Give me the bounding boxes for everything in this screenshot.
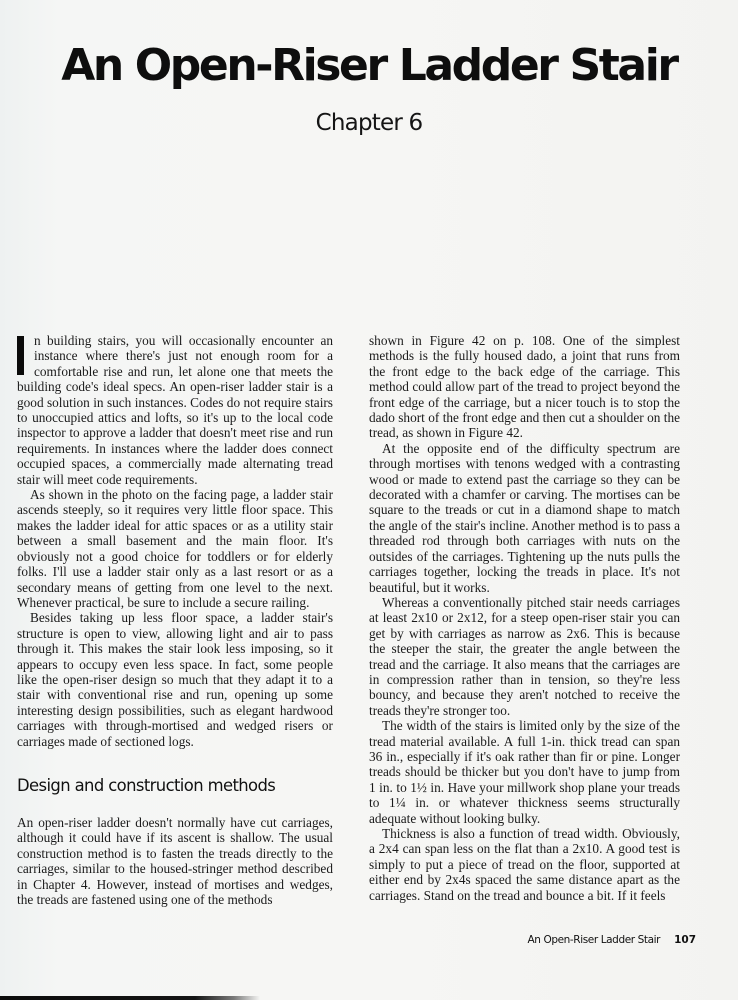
paragraph-text: n building stairs, you will occasionally… bbox=[17, 333, 333, 487]
page-footer: An Open-Riser Ladder Stair107 bbox=[527, 934, 696, 946]
paragraph: shown in Figure 42 on p. 108. One of the… bbox=[369, 333, 680, 441]
running-title: An Open-Riser Ladder Stair bbox=[527, 934, 660, 946]
paragraph: Whereas a conventionally pitched stair n… bbox=[369, 595, 680, 718]
scan-edge-shadow bbox=[0, 996, 260, 1000]
paragraph: As shown in the photo on the facing page… bbox=[17, 487, 333, 610]
section-heading: Design and construction methods bbox=[17, 776, 333, 796]
page-number: 107 bbox=[674, 934, 696, 946]
paragraph: An open-riser ladder doesn't normally ha… bbox=[17, 815, 333, 907]
paragraph: Besides taking up less floor space, a la… bbox=[17, 610, 333, 749]
text-column-right: shown in Figure 42 on p. 108. One of the… bbox=[369, 333, 680, 903]
dropcap-letter-i bbox=[17, 336, 24, 375]
book-page: An Open-Riser Ladder Stair Chapter 6 n b… bbox=[0, 0, 738, 1000]
paragraph: The width of the stairs is limited only … bbox=[369, 718, 680, 826]
paragraph-intro: n building stairs, you will occasionally… bbox=[17, 333, 333, 487]
paragraph: Thickness is also a function of tread wi… bbox=[369, 826, 680, 903]
chapter-label: Chapter 6 bbox=[0, 110, 738, 136]
page-title: An Open-Riser Ladder Stair bbox=[0, 38, 738, 94]
paragraph: At the opposite end of the difficulty sp… bbox=[369, 441, 680, 595]
text-column-left: n building stairs, you will occasionally… bbox=[17, 333, 333, 907]
